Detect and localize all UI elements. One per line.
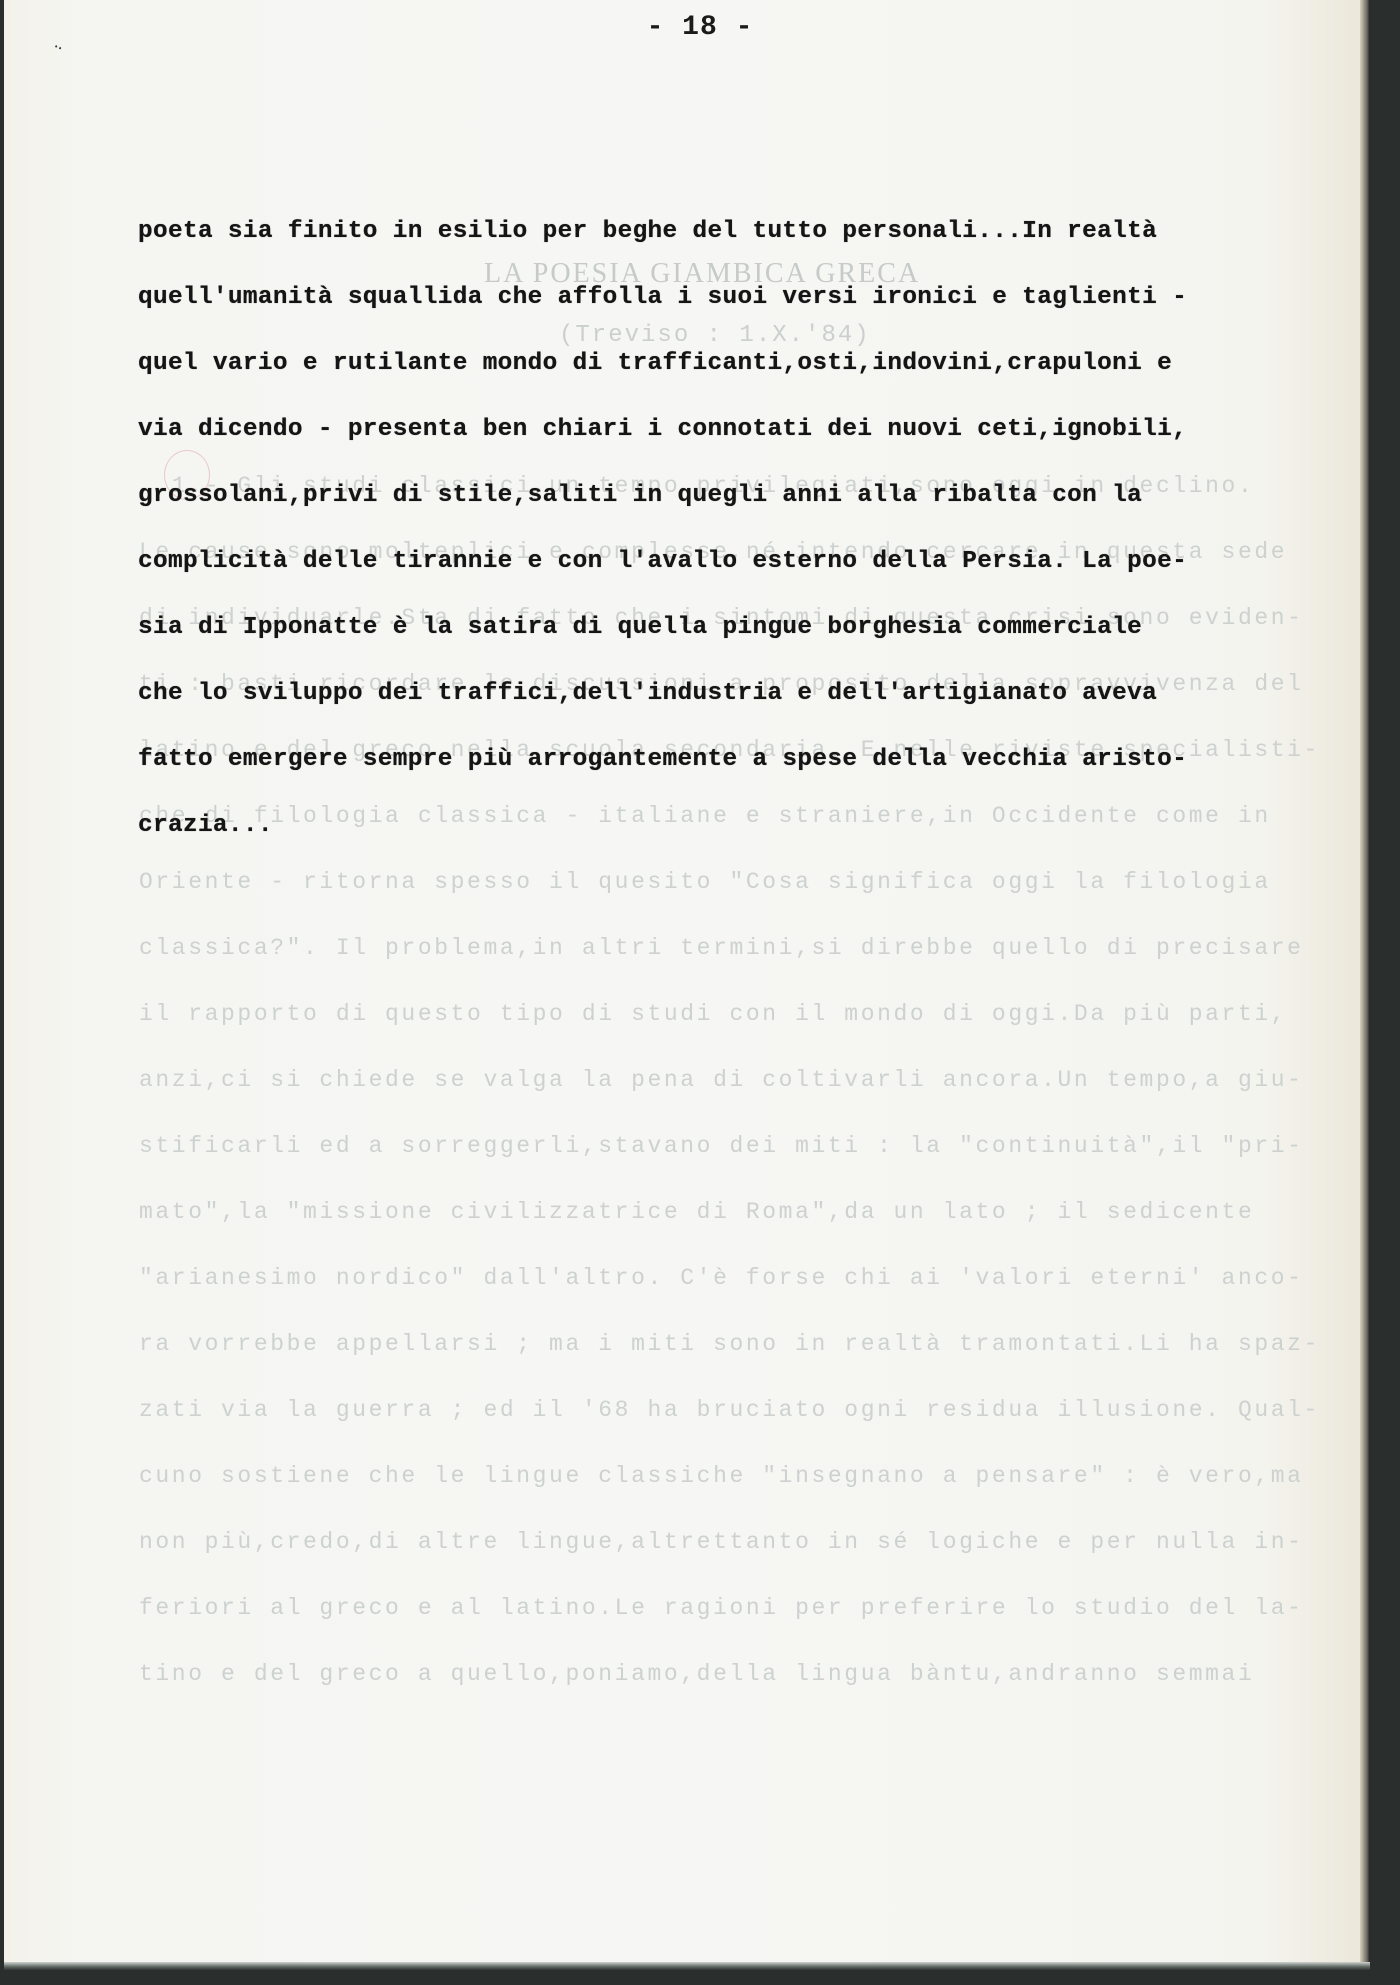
show-through-line: "arianesimo nordico" dall'altro. C'è for… bbox=[139, 1245, 1359, 1311]
show-through-line: non più,credo,di altre lingue,altrettant… bbox=[139, 1509, 1359, 1575]
show-through-line: anzi,ci si chiede se valga la pena di co… bbox=[139, 1047, 1359, 1113]
main-paragraph: poeta sia finito in esilio per beghe del… bbox=[138, 212, 1370, 872]
text-line: che lo sviluppo dei traffici,dell'indust… bbox=[138, 674, 1370, 740]
show-through-line: zati via la guerra ; ed il '68 ha brucia… bbox=[139, 1377, 1359, 1443]
text-line: quel vario e rutilante mondo di traffica… bbox=[138, 344, 1370, 410]
show-through-line: cuno sostiene che le lingue classiche "i… bbox=[139, 1443, 1359, 1509]
text-line: sia di Ipponatte è la satira di quella p… bbox=[138, 608, 1370, 674]
text-line: via dicendo - presenta ben chiari i conn… bbox=[138, 410, 1370, 476]
text-line: poeta sia finito in esilio per beghe del… bbox=[138, 212, 1370, 278]
text-line: fatto emergere sempre più arrogantemente… bbox=[138, 740, 1370, 806]
text-line: quell'umanità squallida che affolla i su… bbox=[138, 278, 1370, 344]
show-through-line: tino e del greco a quello,poniamo,della … bbox=[139, 1641, 1359, 1707]
show-through-line: mato",la "missione civilizzatrice di Rom… bbox=[139, 1179, 1359, 1245]
text-line: grossolani,privi di stile,saliti in queg… bbox=[138, 476, 1370, 542]
page-bottom-edge bbox=[4, 1962, 1370, 1970]
show-through-line: classica?". Il problema,in altri termini… bbox=[139, 915, 1359, 981]
text-line: crazia... bbox=[138, 806, 1370, 872]
show-through-line: il rapporto di questo tipo di studi con … bbox=[139, 981, 1359, 1047]
document-page: LA POESIA GIAMBICA GRECA (Treviso : 1.X.… bbox=[4, 0, 1370, 1970]
page-right-edge bbox=[1360, 0, 1370, 1970]
show-through-line: ra vorrebbe appellarsi ; ma i miti sono … bbox=[139, 1311, 1359, 1377]
page-number: - 18 - bbox=[0, 12, 1400, 43]
text-line: complicità delle tirannie e con l'avallo… bbox=[138, 542, 1370, 608]
show-through-line: feriori al greco e al latino.Le ragioni … bbox=[139, 1575, 1359, 1641]
show-through-line: stificarli ed a sorreggerli,stavano dei … bbox=[139, 1113, 1359, 1179]
